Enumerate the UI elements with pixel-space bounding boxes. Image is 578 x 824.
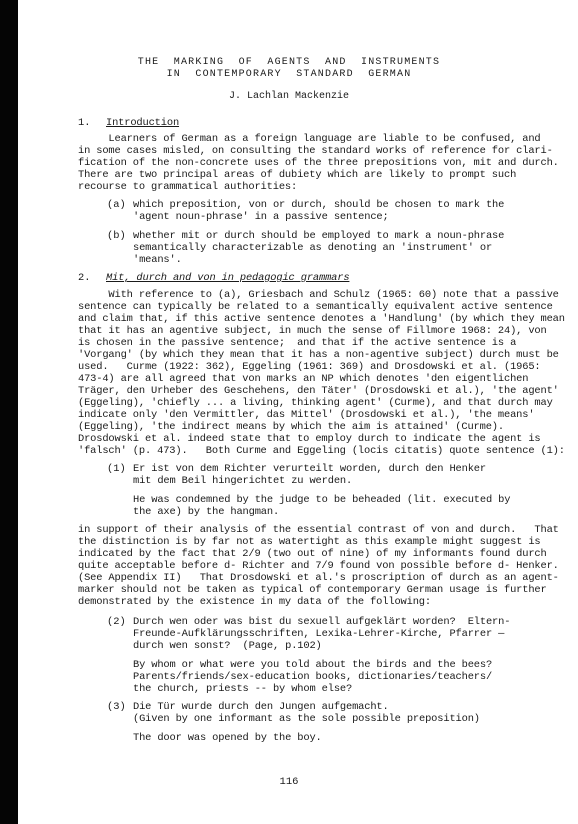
- example-german-line: durch wen sonst? (Page, p.102): [133, 640, 322, 652]
- text-line: that it has an agentive subject, in much…: [78, 325, 547, 337]
- example-label: (3): [107, 701, 126, 713]
- text-line: (Eggeling), 'chiefly ... a living, think…: [78, 397, 553, 409]
- example-english-line: By whom or what were you told about the …: [133, 659, 492, 671]
- text-line: marker should not be taken as typical of…: [78, 584, 547, 596]
- text-line: Learners of German as a foreign language…: [78, 133, 541, 145]
- example-german-line: Durch wen oder was bist du sexuell aufge…: [133, 616, 510, 628]
- text-line: used. Curme (1922: 362), Eggeling (1961:…: [78, 361, 541, 373]
- example-german-line: Freunde-Aufklärungsschriften, Lexika-Leh…: [133, 628, 504, 640]
- text-line: quite acceptable before d- Richter and 7…: [78, 560, 559, 572]
- text-line: which preposition, von or durch, should …: [133, 199, 504, 211]
- text-line: Träger, den Urheber des Geschehens, den …: [78, 385, 559, 397]
- example-german-line: Die Tür wurde durch den Jungen aufgemach…: [133, 701, 389, 713]
- text-line: demonstrated by the existence in my data…: [78, 596, 431, 608]
- text-line: With reference to (a), Griesbach and Sch…: [78, 289, 559, 301]
- title-line-2: IN CONTEMPORARY STANDARD GERMAN: [0, 69, 578, 80]
- example-label: (1): [107, 463, 126, 475]
- text-line: (Eggeling), 'the indirect means by which…: [78, 421, 504, 433]
- text-line: sentence can typically be related to a s…: [78, 301, 553, 313]
- section-1-number: 1.: [78, 117, 90, 129]
- document-page: THE MARKING OF AGENTS AND INSTRUMENTS IN…: [0, 0, 578, 824]
- text-line: semantically characterizable as denoting…: [133, 242, 492, 254]
- text-line: (See Appendix II) That Drosdowski et al.…: [78, 572, 559, 584]
- text-line: indicated by the fact that 2/9 (two out …: [78, 548, 547, 560]
- example-english-line: The door was opened by the boy.: [133, 732, 322, 744]
- example-german-line: mit dem Beil hingerichtet zu werden.: [133, 475, 352, 487]
- example-german-line: (Given by one informant as the sole poss…: [133, 713, 480, 725]
- author-name: J. Lachlan Mackenzie: [0, 91, 578, 102]
- text-line: the distinction is by far not as waterti…: [78, 536, 541, 548]
- text-line: indicate only 'den Vermittler, das Mitte…: [78, 409, 534, 421]
- text-line: 'agent noun-phrase' in a passive sentenc…: [133, 211, 389, 223]
- example-german-line: Er ist von dem Richter verurteilt worden…: [133, 463, 486, 475]
- text-line: There are two principal areas of dubiety…: [78, 169, 516, 181]
- text-line: recourse to grammatical authorities:: [78, 181, 297, 193]
- example-label: (2): [107, 616, 126, 628]
- example-english-line: He was condemned by the judge to be behe…: [133, 494, 510, 506]
- text-line: fication of the non-concrete uses of the…: [78, 157, 559, 169]
- text-line: and claim that, if this active sentence …: [78, 313, 565, 325]
- example-english-line: Parents/friends/sex-education books, dic…: [133, 671, 492, 683]
- list-label: (b): [107, 230, 126, 242]
- text-line: 473-4) are all agreed that von marks an …: [78, 373, 528, 385]
- text-line: whether mit or durch should be employed …: [133, 230, 504, 242]
- text-line: is chosen in the passive sentence; and t…: [78, 337, 516, 349]
- section-1-heading: Introduction: [106, 117, 179, 129]
- section-2-number: 2.: [78, 272, 90, 284]
- example-english-line: the church, priests -- by whom else?: [133, 683, 352, 695]
- text-line: in support of their analysis of the esse…: [78, 524, 559, 536]
- text-line: 'falsch' (p. 473). Both Curme and Eggeli…: [78, 445, 565, 457]
- text-line: Drosdowski et al. indeed state that to e…: [78, 433, 541, 445]
- page-number: 116: [0, 776, 578, 788]
- list-label: (a): [107, 199, 126, 211]
- text-line: in some cases misled, on consulting the …: [78, 145, 553, 157]
- example-english-line: the axe) by the hangman.: [133, 506, 279, 518]
- section-2-heading: Mit, durch and von in pedagogic grammars: [106, 272, 349, 284]
- title-line-1: THE MARKING OF AGENTS AND INSTRUMENTS: [0, 57, 578, 68]
- text-line: 'Vorgang' (by which they mean that it ha…: [78, 349, 559, 361]
- text-line: 'means'.: [133, 254, 182, 266]
